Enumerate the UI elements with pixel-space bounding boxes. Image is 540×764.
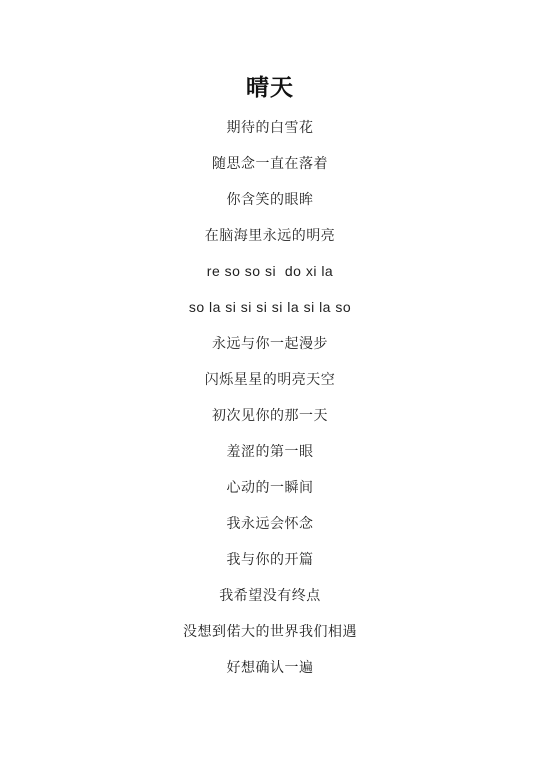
lyric-line: 心动的一瞬间 — [0, 469, 540, 505]
lyric-line: 我希望没有终点 — [0, 577, 540, 613]
page-title: 晴天 — [0, 73, 540, 101]
lyric-line: re so so si do xi la — [0, 253, 540, 289]
lyric-line: 闪烁星星的明亮天空 — [0, 361, 540, 397]
lyric-line: 没想到偌大的世界我们相遇 — [0, 613, 540, 649]
lyric-line: 期待的白雪花 — [0, 109, 540, 145]
lyric-line: 初次见你的那一天 — [0, 397, 540, 433]
lyric-line: 随思念一直在落着 — [0, 145, 540, 181]
lyrics-body: 期待的白雪花 随思念一直在落着 你含笑的眼眸 在脑海里永远的明亮 re so s… — [0, 109, 540, 685]
lyric-line: 永远与你一起漫步 — [0, 325, 540, 361]
lyric-line: 我永远会怀念 — [0, 505, 540, 541]
lyric-line: 好想确认一遍 — [0, 649, 540, 685]
document-page: 晴天 期待的白雪花 随思念一直在落着 你含笑的眼眸 在脑海里永远的明亮 re s… — [0, 0, 540, 764]
lyric-line: 在脑海里永远的明亮 — [0, 217, 540, 253]
lyric-line: 你含笑的眼眸 — [0, 181, 540, 217]
lyric-line: 我与你的开篇 — [0, 541, 540, 577]
lyric-line: so la si si si si la si la so — [0, 289, 540, 325]
lyric-line: 羞涩的第一眼 — [0, 433, 540, 469]
